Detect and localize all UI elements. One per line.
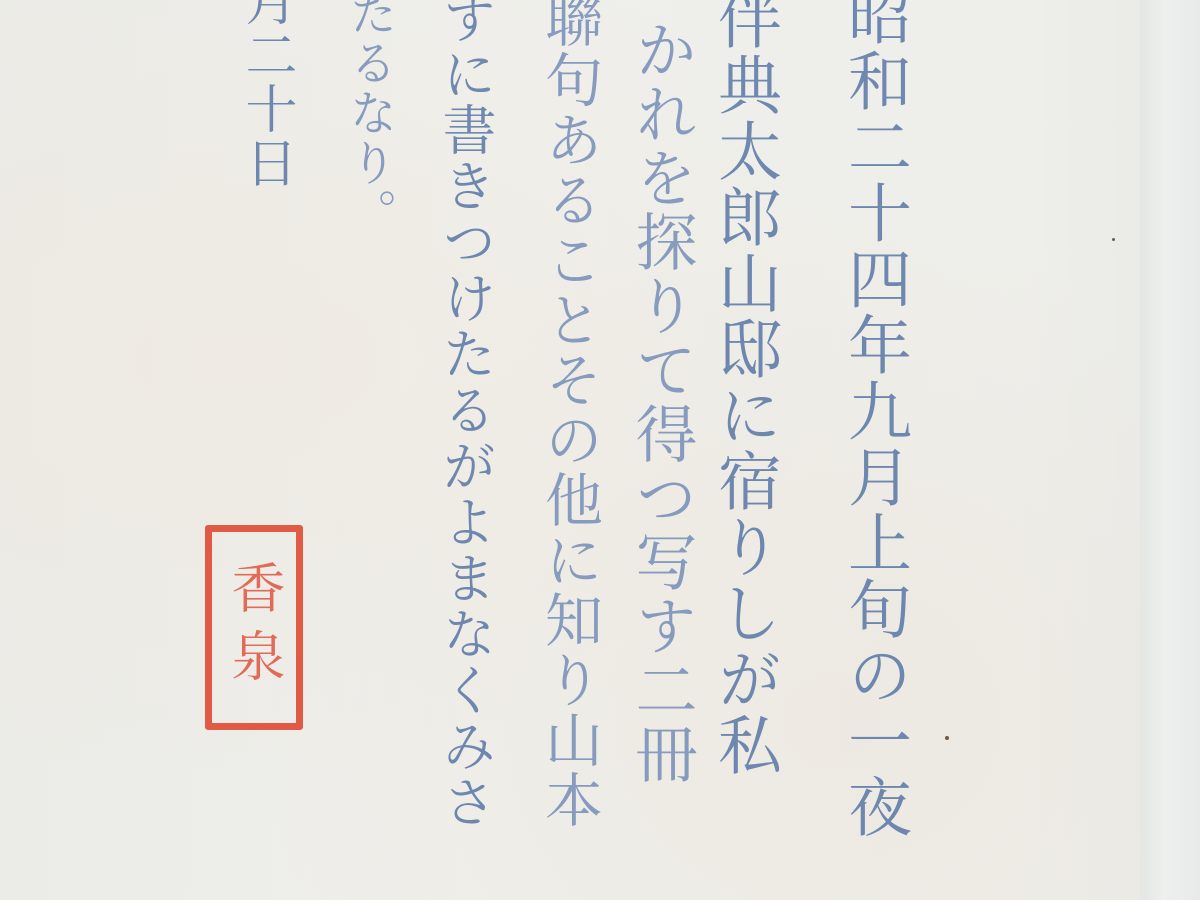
- paper-speck: [1112, 238, 1115, 241]
- red-seal-stamp: 香泉: [205, 525, 303, 730]
- text-column-4: 聯句あることその他に知り山本: [540, 0, 598, 830]
- text-column-7: 月二十日: [240, 0, 292, 190]
- seal-text: 香泉: [227, 560, 281, 696]
- text-column-5: すに書きつけたるがよまなくみさ: [438, 0, 492, 830]
- paper-right-edge: [1140, 0, 1200, 900]
- text-column-3: かれを探りて得つ写す二冊: [630, 18, 692, 786]
- text-column-6: たるなり。: [345, 0, 393, 238]
- paper-speck: [945, 736, 949, 740]
- text-column-1: 昭和二十四年九月上旬の一夜: [842, 0, 906, 840]
- text-column-2: 伴典太郎山邸に宿りしが私: [712, 0, 776, 778]
